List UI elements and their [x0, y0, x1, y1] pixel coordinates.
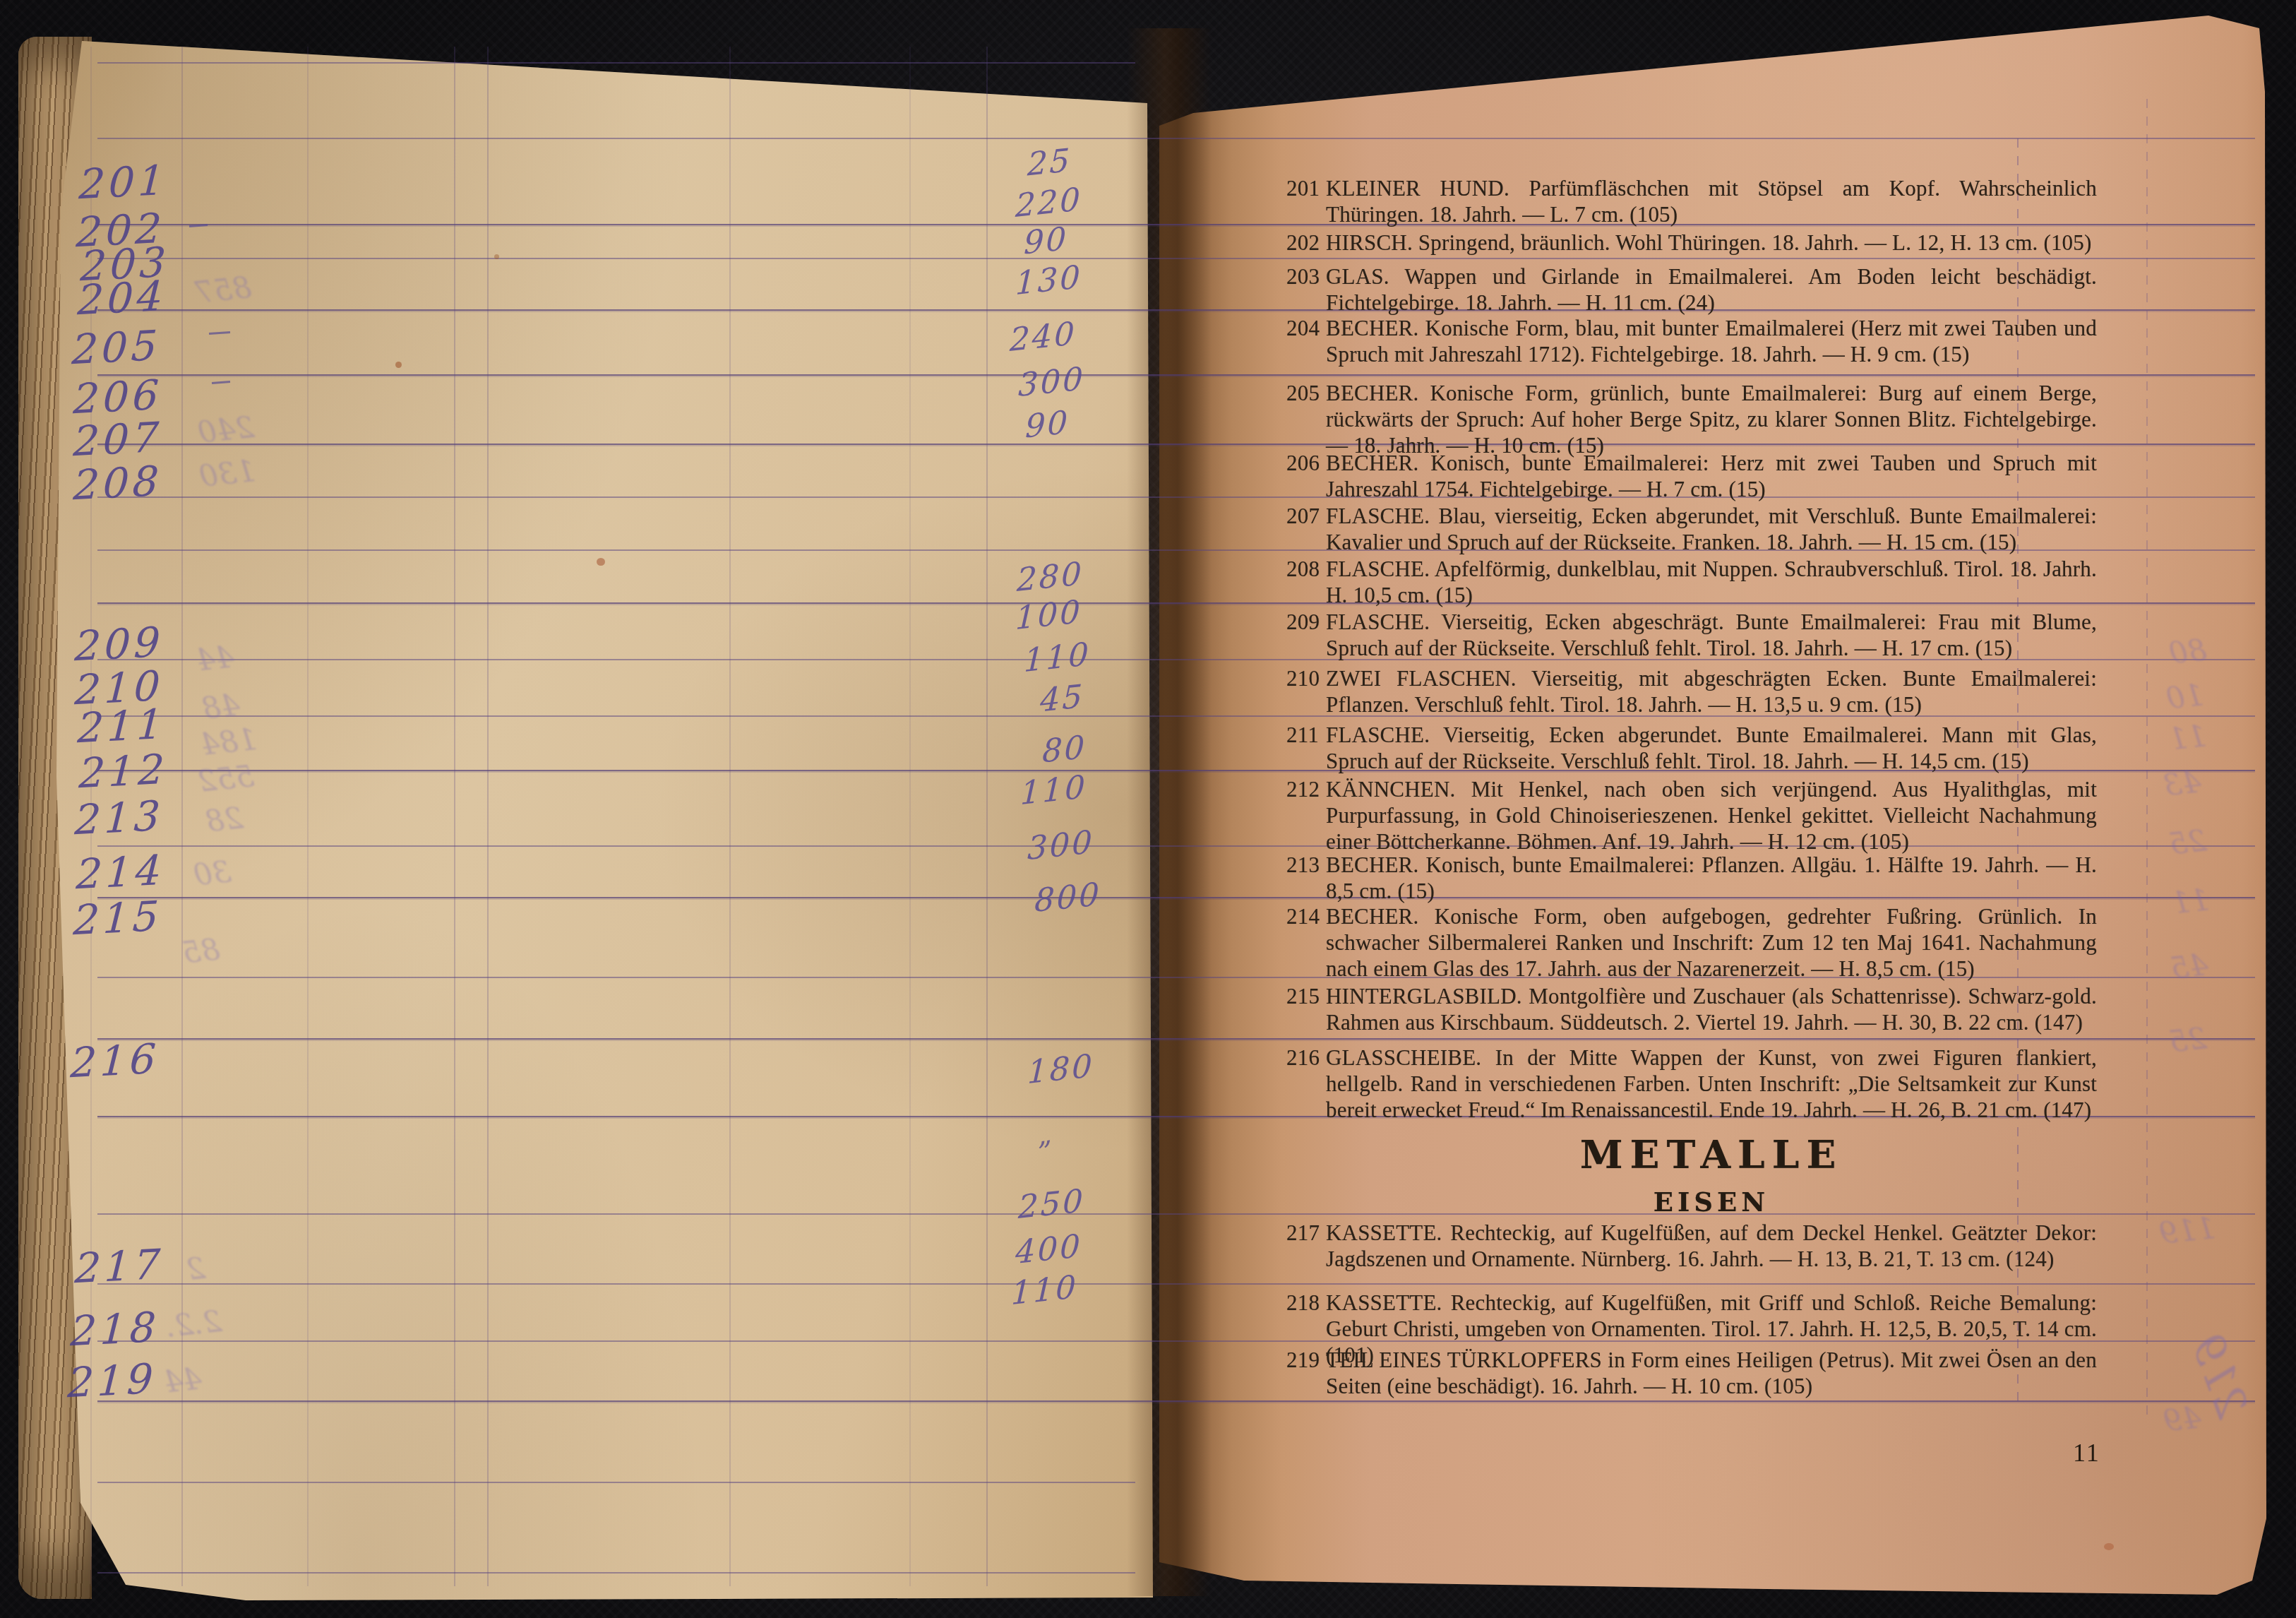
handwritten-price: 110 — [1010, 1268, 1078, 1312]
ledger-rule-vertical — [307, 47, 309, 1586]
catalog-entry-number: 209 — [1286, 609, 1326, 661]
ink-bleedthrough-mark: 2 — [185, 1251, 208, 1287]
fox-spot — [494, 254, 499, 259]
handwritten-price: 800 — [1034, 875, 1101, 920]
ledger-rule-horizontal — [97, 138, 2255, 139]
handwritten-price: 45 — [1039, 677, 1085, 719]
handwritten-price: 250 — [1017, 1182, 1085, 1226]
catalog-entry: 214BECHER. Konische Form, oben aufgeboge… — [1286, 903, 2098, 982]
scanned-ledger-spread: 2012022032042052062072082092102112122132… — [0, 0, 2296, 1618]
catalog-entry-number: 210 — [1286, 665, 1326, 718]
catalog-entry: 212KÄNNCHEN. Mit Henkel, nach oben sich … — [1286, 776, 2098, 855]
catalog-entry: 201KLEINER HUND. Parfümfläschchen mit St… — [1286, 175, 2098, 227]
catalog-entry-number: 202 — [1286, 230, 1326, 256]
handwritten-price: 300 — [1027, 823, 1094, 867]
catalog-entry: 205BECHER. Konische Form, grünlich, bunt… — [1286, 380, 2098, 458]
handwritten-price: 240 — [1009, 314, 1077, 359]
book-gutter-shadow — [1127, 28, 1212, 1596]
page-number: 11 — [2073, 1438, 2100, 1468]
catalog-entry-text: BECHER. Konische Form, oben aufgebogen, … — [1326, 903, 2097, 982]
catalog-entry-number: 208 — [1286, 556, 1326, 608]
catalog-entry-number: 212 — [1286, 776, 1326, 855]
catalog-entry-number: 203 — [1286, 263, 1326, 316]
ledger-rule-horizontal — [97, 258, 2255, 259]
catalog-entry: 210ZWEI FLASCHEN. Vierseitig, mit abgesc… — [1286, 665, 2098, 718]
catalog-entry: 217KASSETTE. Rechteckig, auf Kugelfüßen,… — [1286, 1220, 2098, 1272]
catalog-entry-text: KLEINER HUND. Parfümfläschchen mit Stöps… — [1326, 175, 2097, 227]
handwritten-lot-number: 205 — [71, 321, 162, 374]
fox-spot — [395, 362, 402, 368]
catalog-entry-text: TEIL EINES TÜRKLOPFERS in Form eines Hei… — [1326, 1347, 2097, 1399]
subsection-heading: EISEN — [1326, 1186, 2097, 1218]
ledger-rule-horizontal — [97, 1400, 2255, 1402]
catalog-entry: 206BECHER. Konisch, bunte Emailmalerei: … — [1286, 450, 2098, 502]
ink-bleedthrough-mark: 44 — [162, 1361, 203, 1399]
catalog-entry-text: BECHER. Konisch, bunte Emailmalerei: Her… — [1326, 450, 2097, 502]
catalog-entry-text: HINTERGLASBILD. Montgolfière und Zuschau… — [1326, 983, 2097, 1035]
ledger-rule-vertical — [986, 47, 988, 1586]
handwritten-lot-number: 208 — [72, 457, 163, 510]
ledger-rule-vertical — [181, 47, 183, 1586]
ink-bleedthrough-mark: 552 — [196, 759, 256, 799]
ledger-rule-horizontal — [97, 1283, 2255, 1285]
ledger-rule-horizontal — [97, 374, 2255, 376]
ink-bleedthrough-mark: 184 — [199, 722, 259, 762]
catalog-entry-text: FLASCHE. Vierseitig, Ecken abgerundet. B… — [1326, 722, 2097, 774]
handwritten-price: 180 — [1027, 1047, 1094, 1091]
ink-bleedthrough-mark: 2.2. — [164, 1304, 224, 1344]
ink-bleedthrough-mark: 857 — [193, 270, 253, 310]
ink-bleedthrough-mark: 45 — [2169, 947, 2210, 985]
catalog-entry-number: 211 — [1286, 722, 1326, 774]
catalog-entry: 219TEIL EINES TÜRKLOPFERS in Form eines … — [1286, 1347, 2098, 1399]
ink-bleedthrough-mark: 119 — [2158, 1210, 2218, 1251]
catalog-entry: 211FLASCHE. Vierseitig, Ecken abgerundet… — [1286, 722, 2098, 774]
handwritten-lot-number: 201 — [78, 156, 169, 209]
ink-bleedthrough-mark: 130 — [198, 453, 258, 494]
ink-bleedthrough-mark: 25 — [2168, 1021, 2208, 1059]
ink-bleedthrough-mark: 85 — [181, 932, 222, 970]
catalog-entry-text: BECHER. Konische Form, grünlich, bunte E… — [1326, 380, 2097, 458]
handwritten-lot-number: 211 — [76, 700, 167, 753]
handwritten-lot-number: 212 — [78, 745, 169, 798]
catalog-entry-text: BECHER. Konisch, bunte Emailmalerei: Pfl… — [1326, 852, 2097, 904]
ink-bleedthrough-mark: 28 — [204, 800, 245, 838]
handwritten-price: 25 — [1027, 141, 1072, 183]
catalog-entry-text: ZWEI FLASCHEN. Vierseitig, mit abgeschrä… — [1326, 665, 2097, 718]
catalog-entry-number: 213 — [1286, 852, 1326, 904]
catalog-entry-number: 217 — [1286, 1220, 1326, 1272]
handwritten-price: 280 — [1016, 554, 1084, 599]
catalog-entry-number: 216 — [1286, 1045, 1326, 1123]
handwritten-lot-number: 219 — [66, 1355, 157, 1408]
ink-bleedthrough-mark: 10 — [2165, 677, 2206, 715]
catalog-entry-text: GLASSCHEIBE. In der Mitte Wappen der Kun… — [1326, 1045, 2097, 1123]
handwritten-price: 90 — [1023, 219, 1069, 261]
ink-bleedthrough-mark: 44 — [195, 639, 236, 677]
catalog-entry: 215HINTERGLASBILD. Montgolfière und Zusc… — [1286, 983, 2098, 1035]
ink-bleedthrough-mark: 240 — [196, 410, 256, 450]
catalog-entry-text: KASSETTE. Rechteckig, auf Kugelfüßen, au… — [1326, 1220, 2097, 1272]
catalog-entry-text: FLASCHE. Apfelförmig, dunkelblau, mit Nu… — [1326, 556, 2097, 608]
ink-bleedthrough-mark: 25 — [2168, 823, 2208, 861]
catalog-entry: 204BECHER. Konische Form, blau, mit bunt… — [1286, 315, 2098, 367]
catalog-entry-number: 214 — [1286, 903, 1326, 982]
fox-spot — [597, 558, 605, 566]
ink-bleedthrough-mark: 30 — [192, 854, 233, 892]
catalog-entry-text: BECHER. Konische Form, blau, mit bunter … — [1326, 315, 2097, 367]
handwritten-lot-number: 204 — [76, 272, 167, 325]
ink-bleedthrough-mark: 80 — [2168, 632, 2208, 670]
handwritten-price: 400 — [1015, 1227, 1082, 1271]
handwritten-price: 110 — [1020, 768, 1087, 812]
handwritten-lot-number: 217 — [73, 1240, 165, 1293]
catalog-entry-number: 204 — [1286, 315, 1326, 367]
ledger-rule-vertical — [487, 47, 489, 1586]
ledger-rule-horizontal — [97, 62, 1135, 64]
catalog-entry-text: HIRSCH. Springend, bräunlich. Wohl Thüri… — [1326, 230, 2097, 256]
catalog-entry: 202HIRSCH. Springend, bräunlich. Wohl Th… — [1286, 230, 2098, 256]
section-heading: METALLE — [1326, 1131, 2097, 1177]
handwritten-price: 100 — [1015, 593, 1082, 637]
page-crease — [2146, 99, 2148, 1417]
catalog-entry: 207FLASCHE. Blau, vierseitig, Ecken abge… — [1286, 503, 2098, 555]
catalog-entry-number: 206 — [1286, 450, 1326, 502]
ledger-rule-horizontal — [97, 1038, 2255, 1040]
catalog-entry-text: FLASCHE. Blau, vierseitig, Ecken abgerun… — [1326, 503, 2097, 555]
handwritten-lot-number: 213 — [73, 792, 165, 845]
ledger-rule-horizontal — [97, 1482, 1135, 1483]
handwritten-price: 300 — [1017, 359, 1085, 404]
catalog-entry: 216GLASSCHEIBE. In der Mitte Wappen der … — [1286, 1045, 2098, 1123]
handwritten-price: 80 — [1041, 727, 1087, 770]
ink-bleedthrough-mark: 48 — [201, 687, 241, 725]
handwritten-lot-number: 216 — [69, 1035, 160, 1088]
ink-bleedthrough-mark: 11 — [2170, 882, 2211, 920]
ledger-rule-vertical — [729, 47, 731, 1586]
handwritten-price: 110 — [1023, 635, 1091, 679]
catalog-entry-number: 215 — [1286, 983, 1326, 1035]
ledger-rule-horizontal — [97, 1572, 1135, 1574]
catalog-entry-number: 207 — [1286, 503, 1326, 555]
catalog-entry-text: KÄNNCHEN. Mit Henkel, nach oben sich ver… — [1326, 776, 2097, 855]
handwritten-lot-number: 214 — [75, 846, 166, 899]
catalog-entry-number: 219 — [1286, 1347, 1326, 1399]
ink-bleedthrough-mark: 11 — [2168, 718, 2208, 756]
catalog-entry-text: FLASCHE. Vierseitig, Ecken abgeschrägt. … — [1326, 609, 2097, 661]
ink-bleedthrough-mark: 49 — [2162, 1400, 2203, 1438]
catalog-entry: 208FLASCHE. Apfelförmig, dunkelblau, mit… — [1286, 556, 2098, 608]
catalog-entry: 209FLASCHE. Vierseitig, Ecken abgeschräg… — [1286, 609, 2098, 661]
ledger-rule-vertical — [454, 47, 455, 1586]
handwritten-price: 130 — [1015, 258, 1082, 302]
handwritten-lot-number: 215 — [72, 892, 163, 945]
catalog-entry: 213BECHER. Konisch, bunte Emailmalerei: … — [1286, 852, 2098, 904]
handwritten-price: 90 — [1024, 403, 1070, 445]
ink-bleedthrough-mark: 43 — [2162, 764, 2203, 802]
catalog-entry: 203GLAS. Wappen und Girlande in Emailmal… — [1286, 263, 2098, 316]
handwritten-lot-number: 218 — [69, 1303, 160, 1356]
catalog-entry-number: 201 — [1286, 175, 1326, 227]
catalog-entry-text: GLAS. Wappen und Girlande in Emailmalere… — [1326, 263, 2097, 316]
fox-spot — [2104, 1543, 2114, 1550]
ledger-rule-vertical — [909, 47, 911, 1586]
handwritten-price: 220 — [1015, 180, 1082, 225]
catalog-entry-number: 205 — [1286, 380, 1326, 458]
